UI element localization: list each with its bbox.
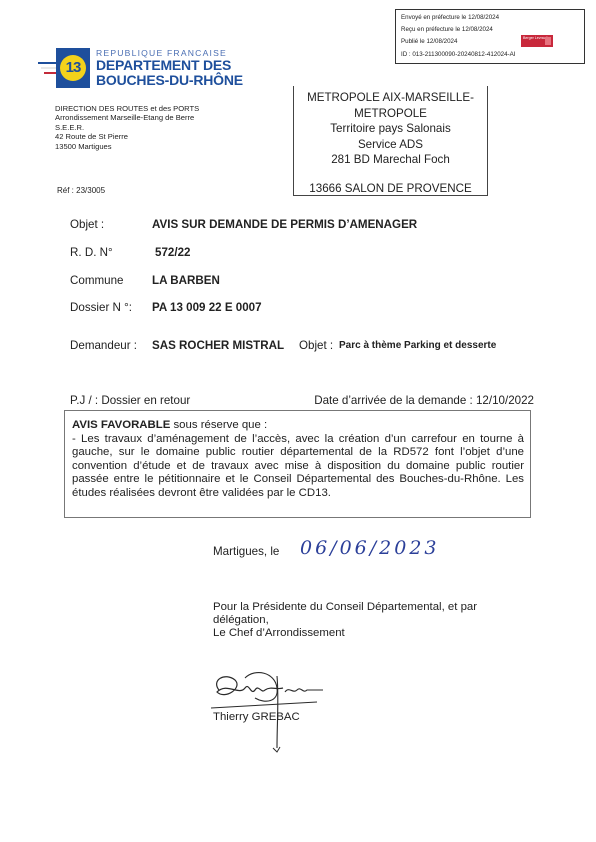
- stamp-published: Publié le 12/08/2024: [401, 36, 584, 48]
- demandeur-label: Demandeur :: [70, 339, 137, 352]
- dossier-label: Dossier N °:: [70, 301, 132, 314]
- addressee-city: 13666 SALON DE PROVENCE: [294, 181, 487, 197]
- sender-line: Arrondissement Marseille-Etang de Berre: [55, 113, 199, 122]
- avis-title: AVIS FAVORABLE: [72, 419, 170, 431]
- logo-bouches-du-rhone: BOUCHES-DU-RHÔNE: [96, 72, 243, 88]
- closing-line: Le Chef d’Arrondissement: [213, 627, 477, 640]
- stamp-received: Reçu en préfecture le 12/08/2024: [401, 24, 584, 36]
- pj-row: P.J / : Dossier en retour Date d’arrivée…: [70, 394, 534, 407]
- sender-line: 13500 Martigues: [55, 142, 199, 151]
- rd-value: 572/22: [155, 246, 190, 259]
- handwritten-date: 06/06/2023: [300, 537, 440, 559]
- avis-body: - Les travaux d’aménagement de l’accès, …: [72, 433, 524, 501]
- reference: Réf : 23/3005: [57, 186, 105, 195]
- objet2-value: Parc à thème Parking et desserte: [339, 340, 496, 351]
- closing-line: délégation,: [213, 614, 477, 627]
- addressee-line: METROPOLE AIX-MARSEILLE-: [294, 90, 487, 106]
- pj-text: P.J / : Dossier en retour: [70, 394, 190, 407]
- sender-address: DIRECTION DES ROUTES et des PORTS Arrond…: [55, 104, 199, 151]
- closing-line: Pour la Présidente du Conseil Départemen…: [213, 601, 477, 614]
- demandeur-value: SAS ROCHER MISTRAL: [152, 339, 284, 352]
- department-logo: 13 REPUBLIQUE FRANCAISE DEPARTEMENT DES …: [38, 48, 233, 94]
- commune-value: LA BARBEN: [152, 274, 220, 287]
- rd-label: R. D. N°: [70, 246, 113, 259]
- sender-line: 42 Route de St Pierre: [55, 132, 199, 141]
- logo-13-emblem: 13: [60, 55, 86, 81]
- objet-value: AVIS SUR DEMANDE DE PERMIS D’AMENAGER: [152, 218, 417, 231]
- addressee-line: METROPOLE: [294, 106, 487, 122]
- commune-label: Commune: [70, 274, 123, 287]
- addressee-line: Service ADS: [294, 137, 487, 153]
- sender-line: DIRECTION DES ROUTES et des PORTS: [55, 104, 199, 113]
- objet2-label: Objet :: [299, 339, 333, 352]
- addressee-line: 281 BD Marechal Foch: [294, 152, 487, 168]
- stamp-id: ID : 013-211300090-20240812-412024-AI: [401, 49, 584, 61]
- prefecture-stamp: Envoyé en préfecture le 12/08/2024 Reçu …: [395, 9, 585, 64]
- place-label: Martigues, le: [213, 545, 279, 558]
- signer-name: Thierry GREBAC: [213, 711, 300, 723]
- objet-label: Objet :: [70, 218, 104, 231]
- closing-formula: Pour la Présidente du Conseil Départemen…: [213, 601, 477, 641]
- sender-line: S.E.E.R.: [55, 123, 199, 132]
- date-arrivee: Date d’arrivée de la demande : 12/10/202…: [314, 394, 534, 407]
- logo-departement: DEPARTEMENT DES: [96, 57, 231, 73]
- avis-box: AVIS FAVORABLE sous réserve que : - Les …: [64, 410, 531, 518]
- stamp-sent: Envoyé en préfecture le 12/08/2024: [401, 12, 584, 24]
- berger-levrault-logo: Berger Levrault: [521, 35, 553, 47]
- addressee-line: Territoire pays Salonais: [294, 121, 487, 137]
- addressee-box: METROPOLE AIX-MARSEILLE- METROPOLE Terri…: [293, 86, 488, 196]
- dossier-value: PA 13 009 22 E 0007: [152, 301, 262, 314]
- avis-title-suffix: sous réserve que :: [170, 419, 267, 431]
